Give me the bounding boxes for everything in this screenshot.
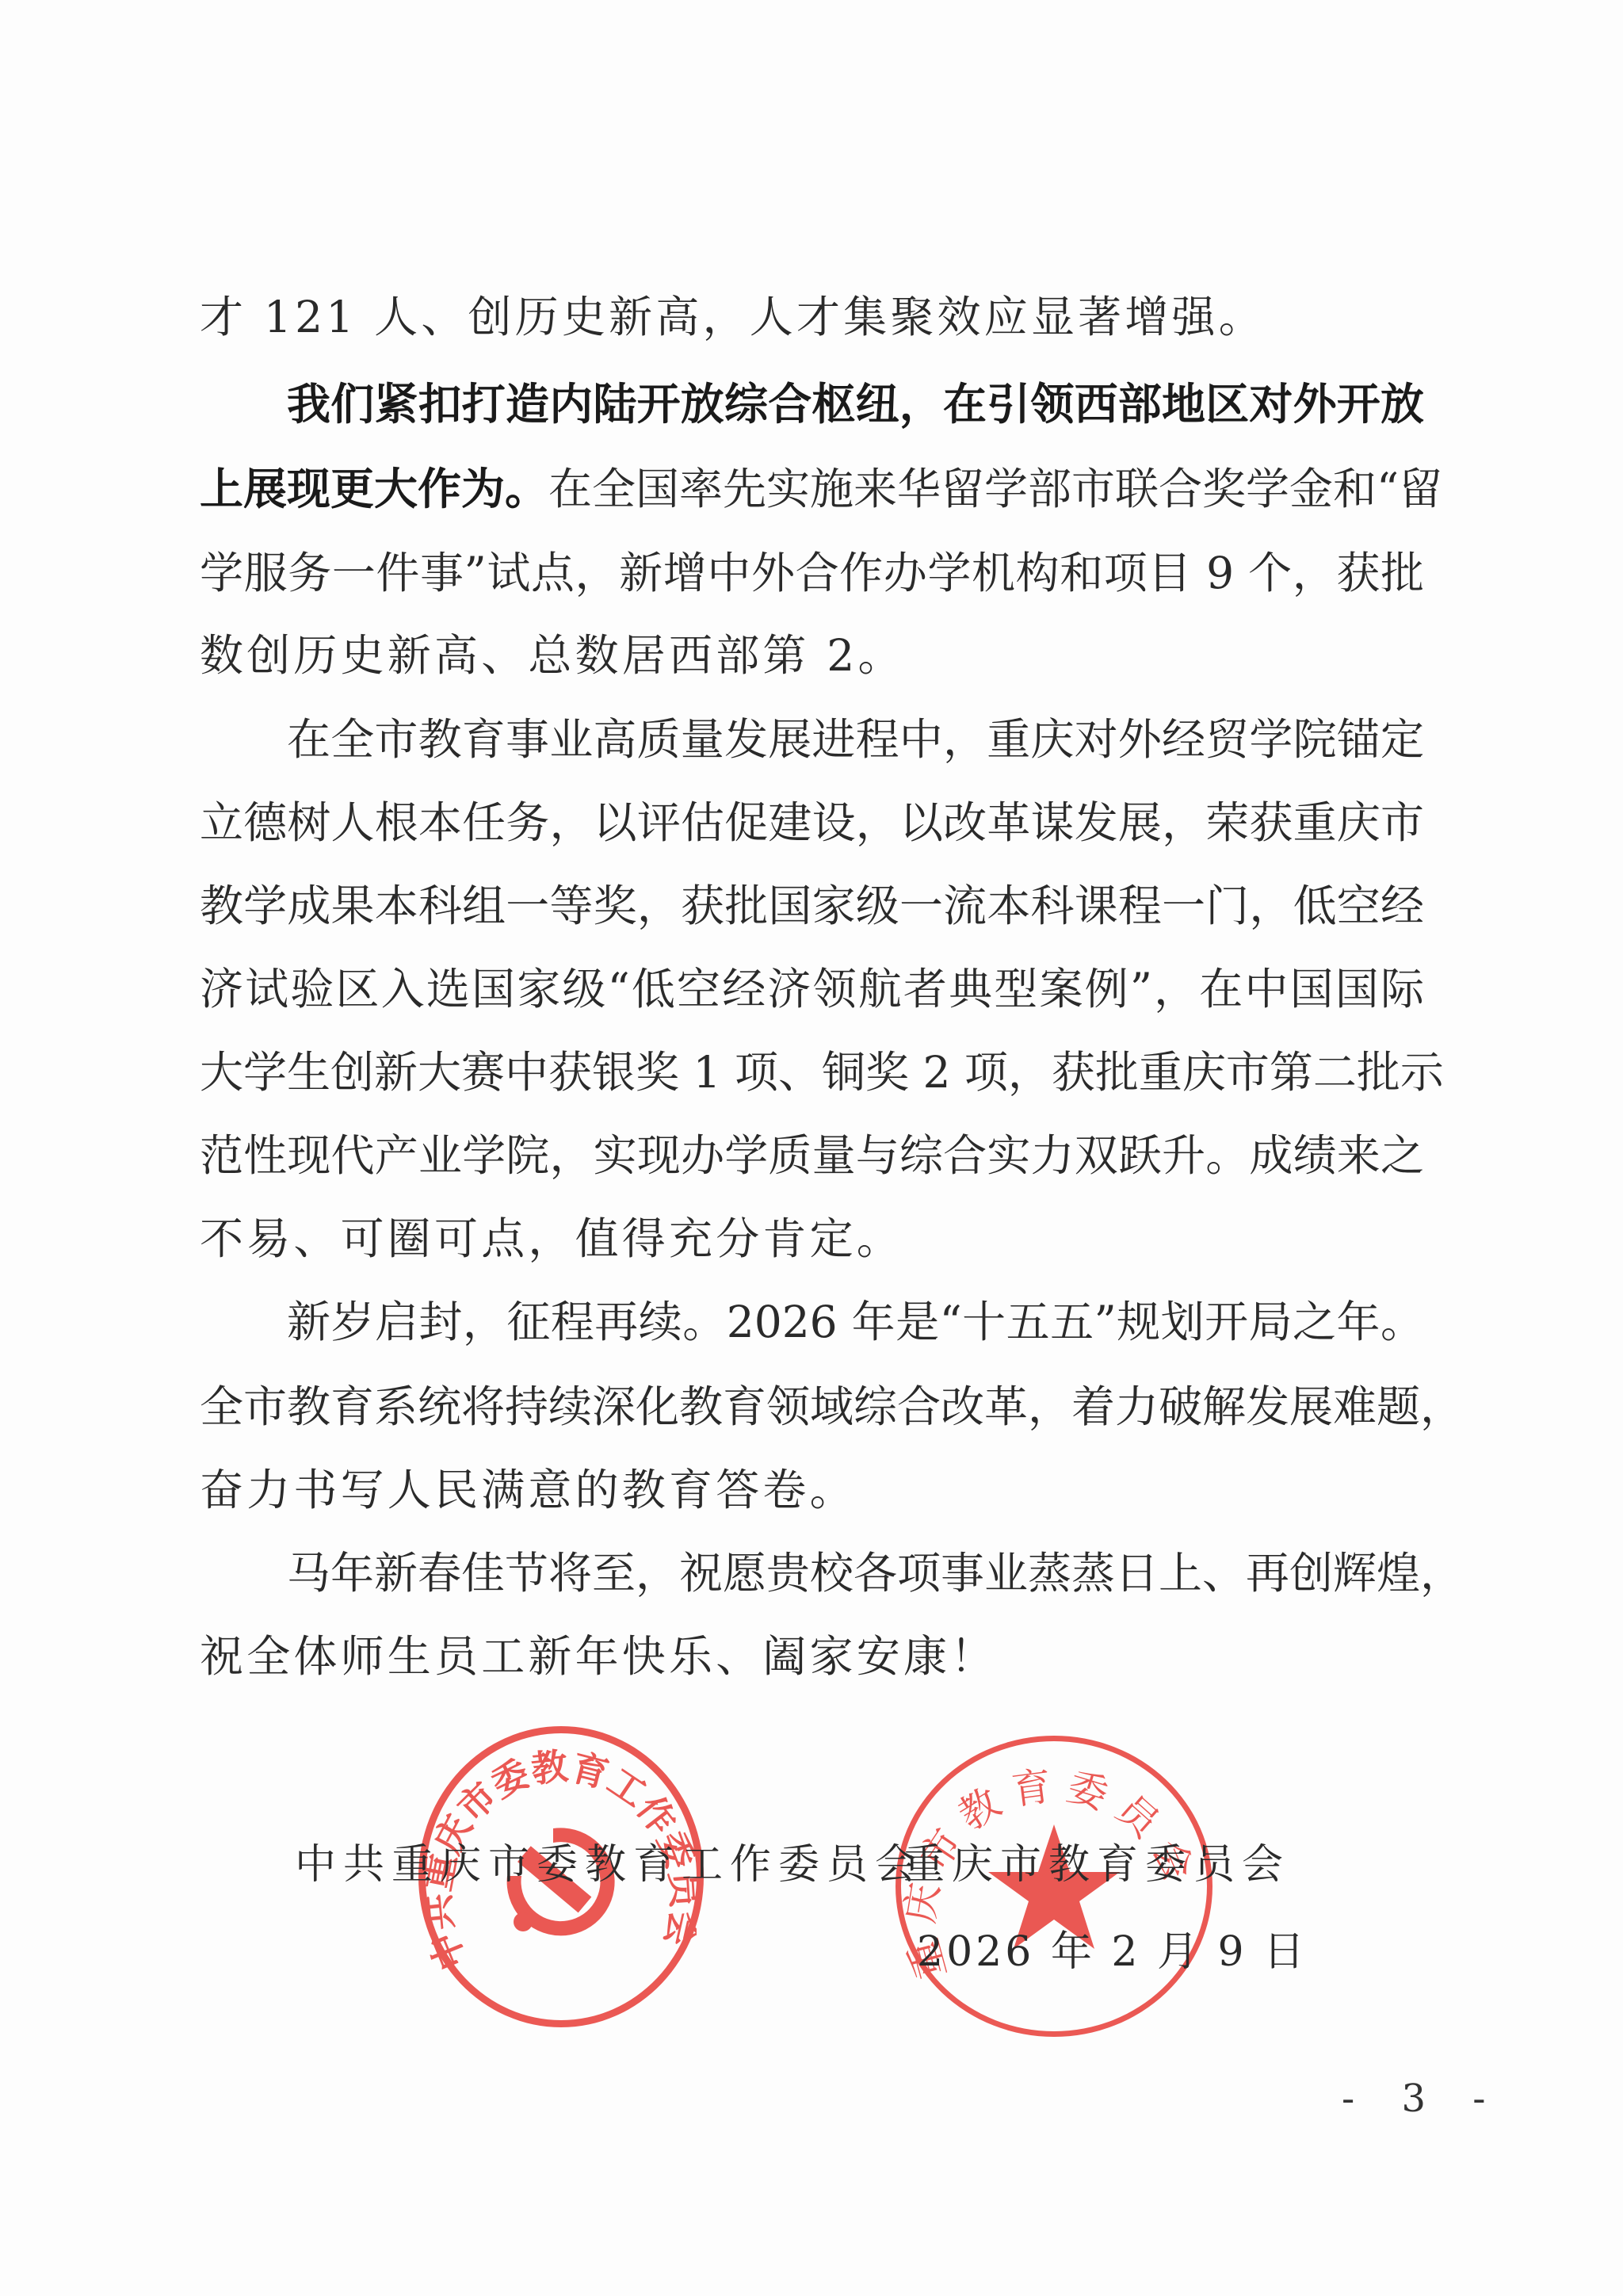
- paragraph-line: 教学成果本科组一等奖，获批国家级一流本科课程一门，低空经: [200, 878, 1424, 934]
- paragraph-line: 在全市教育事业高质量发展进程中，重庆对外经贸学院锚定: [287, 712, 1424, 767]
- signature-org-party-committee: 中共重庆市委教育工作委员会: [295, 1837, 923, 1893]
- body-text: 在全国率先实施来华留学部市联合奖学金和“留: [548, 464, 1442, 514]
- paragraph-line-bold: 我们紧扣打造内陆开放综合枢纽，在引领西部地区对外开放: [287, 376, 1424, 432]
- paragraph-line: 立德树人根本任务，以评估促建设，以改革谋发展，荣获重庆市: [200, 795, 1424, 850]
- paragraph-line: 奋力书写人民满意的教育答卷。: [200, 1462, 1424, 1518]
- paragraph-line: 才 121 人、创历史新高，人才集聚效应显著增强。: [200, 289, 1424, 345]
- paragraph-line: 数创历史新高、总数居西部第 2。: [200, 628, 1424, 683]
- paragraph-line: 祝全体师生员工新年快乐、阖家安康！: [200, 1629, 1424, 1684]
- paragraph-line: 范性现代产业学院，实现办学质量与综合实力双跃升。成绩来之: [200, 1128, 1424, 1183]
- signature-date: 2026 年 2 月 9 日: [917, 1924, 1308, 1980]
- page-number: - 3 -: [1342, 2076, 1503, 2121]
- paragraph-line: 全市教育系统将持续深化教育领域综合改革，着力破解发展难题，: [200, 1379, 1424, 1435]
- paragraph-line: 大学生创新大赛中获银奖 1 项、铜奖 2 项，获批重庆市第二批示: [200, 1045, 1424, 1100]
- paragraph-line: 不易、可圈可点，值得充分肯定。: [200, 1211, 1424, 1266]
- paragraph-line: 新岁启封，征程再续。2026 年是“十五五”规划开局之年。: [287, 1294, 1424, 1350]
- paragraph-line: 济试验区入选国家级“低空经济领航者典型案例”，在中国国际: [200, 961, 1424, 1017]
- bold-lead-text: 上展现更大作为。: [200, 464, 548, 514]
- paragraph-line: 上展现更大作为。在全国率先实施来华留学部市联合奖学金和“留: [200, 461, 1424, 517]
- signature-org-education-commission: 重庆市教育委员会: [903, 1837, 1290, 1893]
- paragraph-line: 马年新春佳节将至，祝愿贵校各项事业蒸蒸日上、再创辉煌，: [287, 1545, 1424, 1601]
- document-page: 才 121 人、创历史新高，人才集聚效应显著增强。 我们紧扣打造内陆开放综合枢纽…: [0, 0, 1623, 2296]
- paragraph-line: 学服务一件事”试点，新增中外合作办学机构和项目 9 个，获批: [200, 545, 1424, 601]
